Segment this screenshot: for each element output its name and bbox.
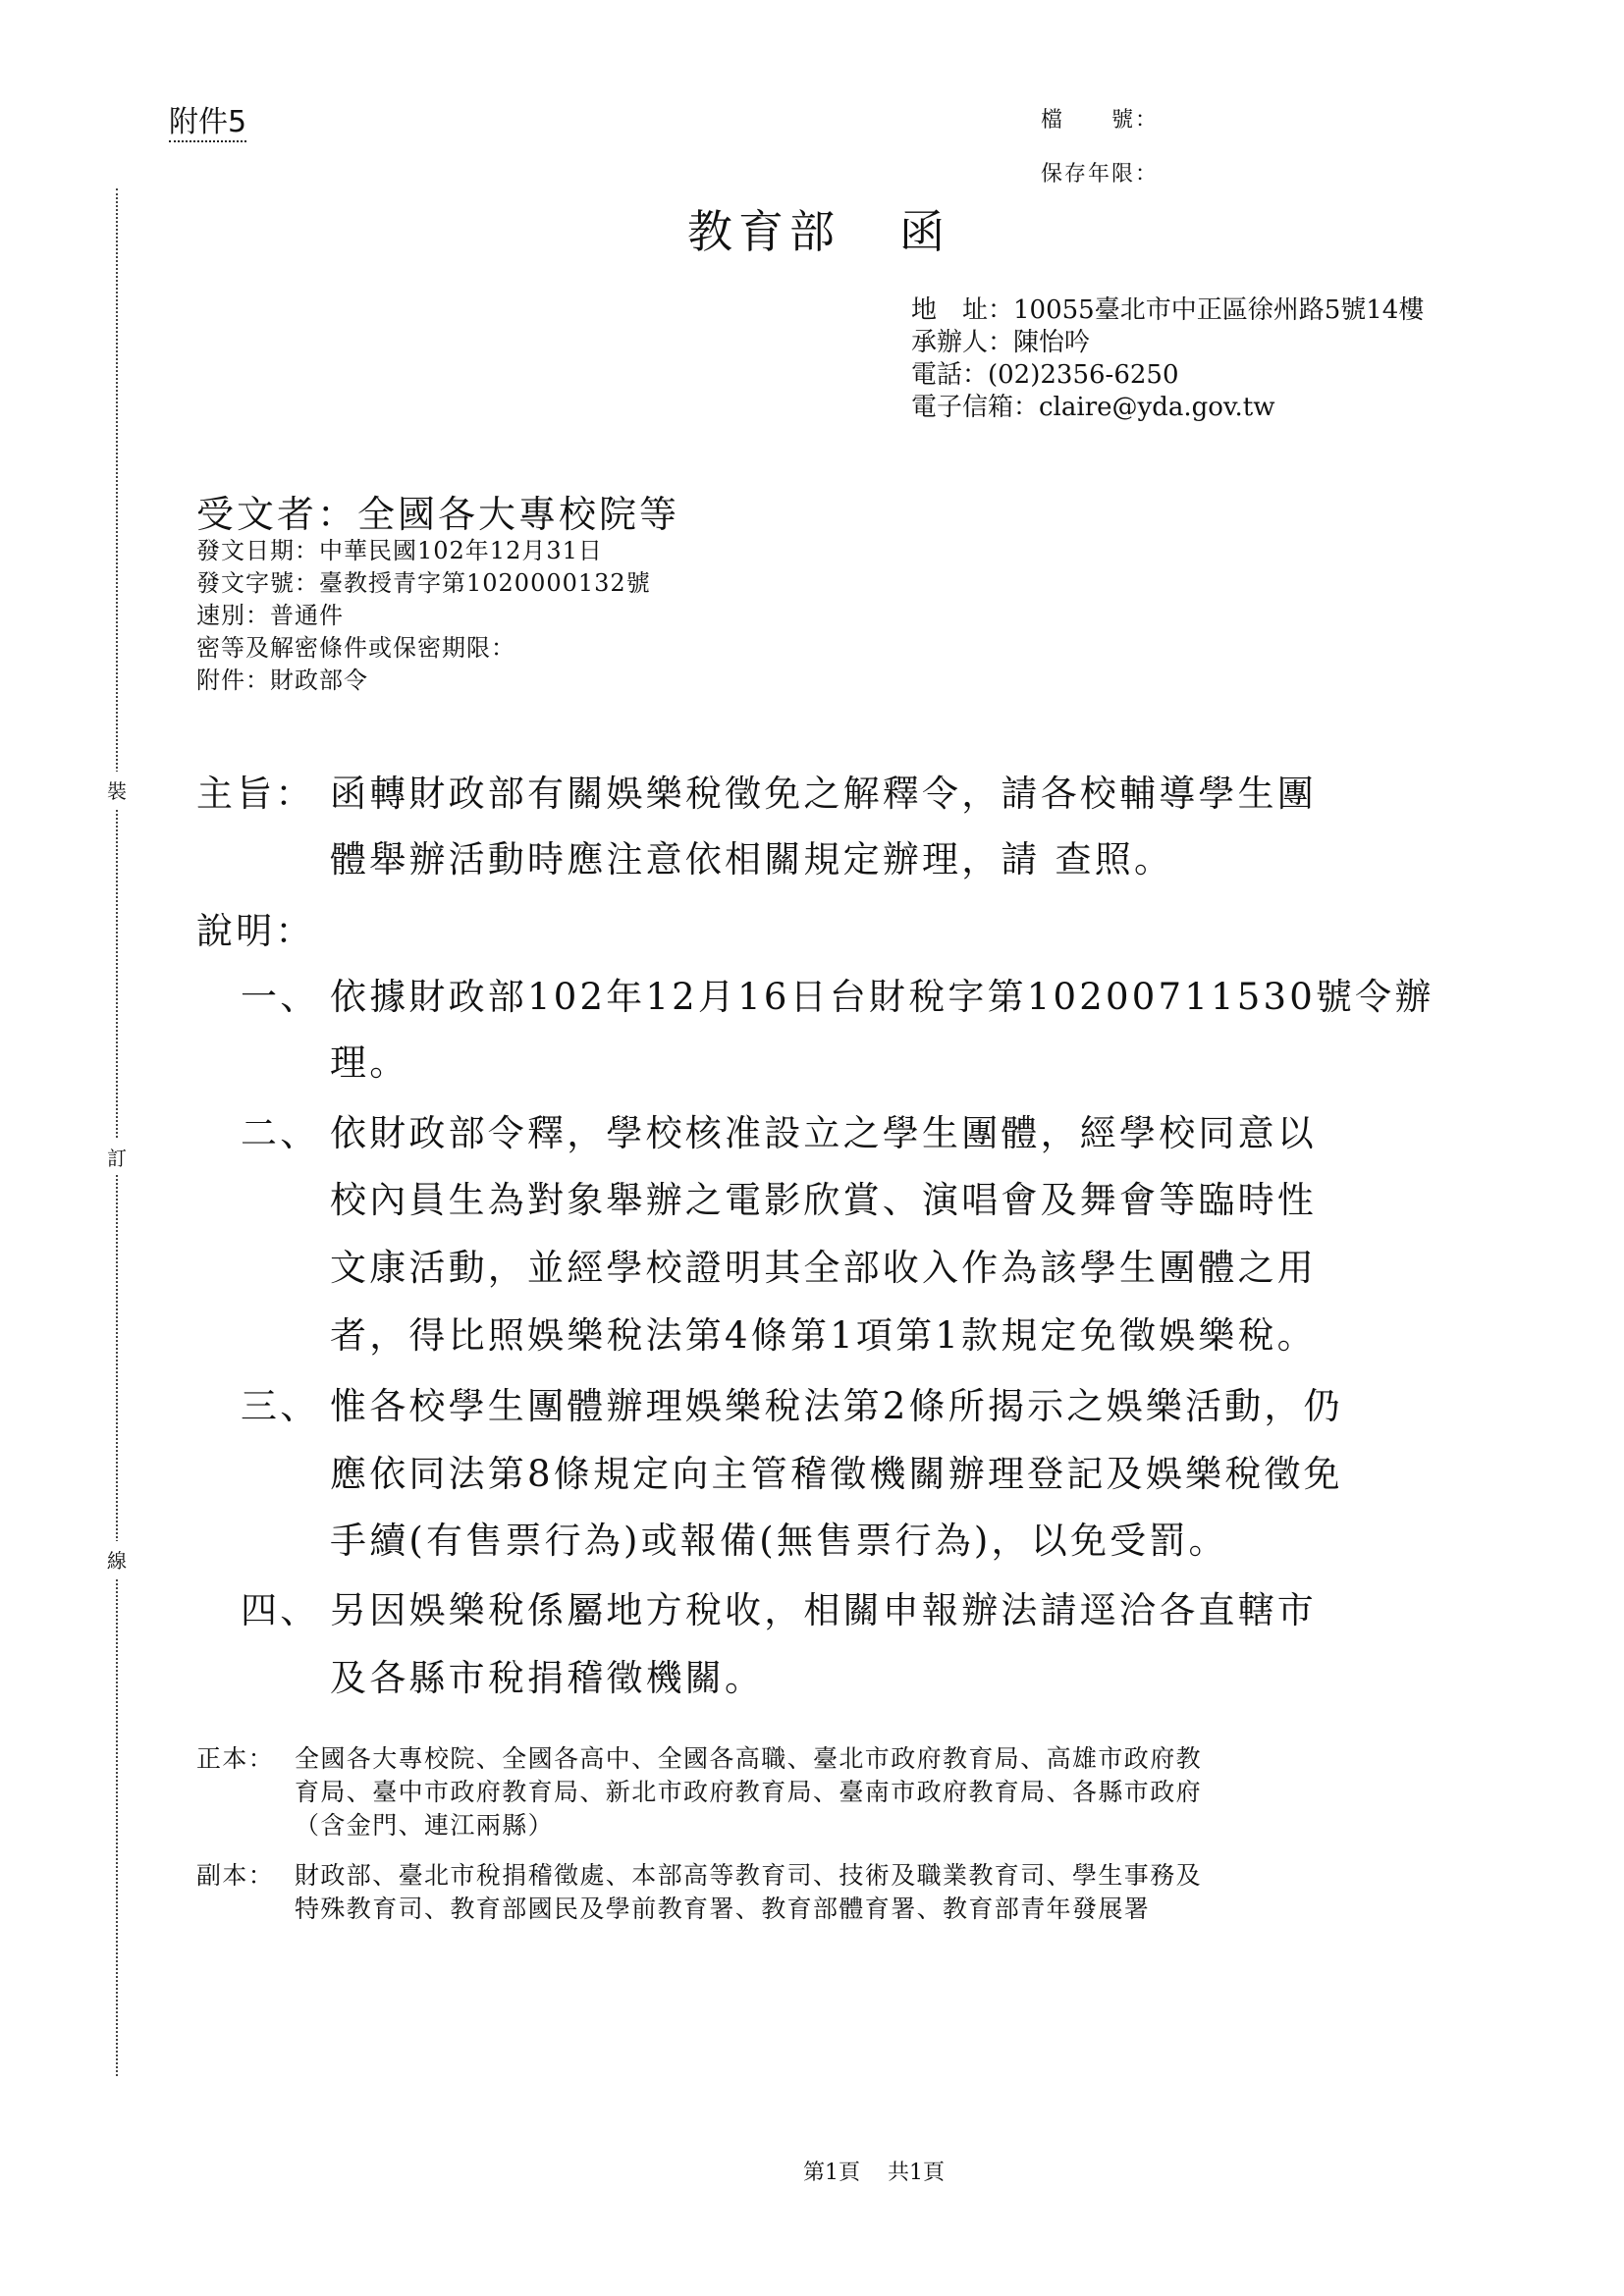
item-line: 校內員生為對象舉辦之電影欣賞、演唱會及舞會等臨時性 — [330, 1170, 1317, 1223]
original-recipients-line: （含金門、連江兩縣） — [295, 1809, 554, 1842]
explanation-label: 說明： — [196, 901, 315, 954]
subject-label: 主旨： — [196, 764, 315, 817]
file-number-label: 檔 號： — [1041, 103, 1159, 133]
page-footer: 第1頁共1頁 — [803, 2156, 945, 2186]
copy-recipients-line: 特殊教育司、教育部國民及學前教育署、教育部體育署、教育部青年發展署 — [295, 1893, 1150, 1926]
email: 電子信箱：claire@yda.gov.tw — [911, 392, 1424, 424]
retention-period-label: 保存年限： — [1041, 157, 1159, 187]
item-number: 四、 — [241, 1580, 319, 1633]
item-line: 應依同法第8條規定向主管稽徵機關辦理登記及娛樂稅徵免 — [330, 1444, 1343, 1497]
phone: 電話：(02)2356-6250 — [911, 359, 1424, 392]
item-number: 三、 — [241, 1376, 319, 1429]
item-line: 理。 — [330, 1033, 408, 1086]
document-info: 發文日期：中華民國102年12月31日 發文字號：臺教授青字第102000013… — [196, 535, 651, 697]
document-number: 發文字號：臺教授青字第1020000132號 — [196, 567, 651, 600]
document-type: 函 — [899, 205, 950, 258]
confidentiality: 密等及解密條件或保密期限： — [196, 632, 651, 665]
attachment-info: 附件：財政部令 — [196, 665, 651, 697]
item-number: 二、 — [241, 1103, 319, 1156]
original-recipients-line: 全國各大專校院、全國各高中、全國各高職、臺北市政府教育局、高雄市政府教 — [295, 1742, 1202, 1776]
document-title: 教育部函 — [687, 196, 950, 261]
item-number: 一、 — [241, 967, 319, 1020]
agency-name: 教育部 — [687, 205, 840, 258]
page-number: 第1頁 — [803, 2161, 860, 2185]
original-recipients-line: 育局、臺中市政府教育局、新北市政府教育局、臺南市政府教育局、各縣市政府 — [295, 1776, 1202, 1809]
handler: 承辦人：陳怡吟 — [911, 327, 1424, 359]
item-line: 者，得比照娛樂稅法第4條第1項第1款規定免徵娛樂稅。 — [330, 1306, 1317, 1359]
copy-recipients-line: 財政部、臺北市稅捐稽徵處、本部高等教育司、技術及職業教育司、學生事務及 — [295, 1859, 1202, 1893]
item-line: 依據財政部102年12月16日台財稅字第10200711530號令辦 — [330, 967, 1435, 1020]
binding-mark-bind: 裝 — [104, 772, 130, 808]
binding-dotted-line — [116, 188, 118, 2076]
subject-line: 函轉財政部有關娛樂稅徵免之解釋令，請各校輔導學生團 — [330, 764, 1317, 817]
item-line: 依財政部令釋，學校核准設立之學生團體，經學校同意以 — [330, 1103, 1317, 1156]
binding-mark-line: 線 — [104, 1541, 130, 1577]
page-total: 共1頁 — [888, 2161, 945, 2185]
subject-line: 體舉辦活動時應注意依相關規定辦理，請 查照。 — [330, 829, 1173, 882]
item-line: 惟各校學生團體辦理娛樂稅法第2條所揭示之娛樂活動，仍 — [330, 1376, 1343, 1429]
issue-date: 發文日期：中華民國102年12月31日 — [196, 535, 651, 567]
copy-recipients-label: 副本： — [196, 1859, 274, 1893]
address: 地 址：10055臺北市中正區徐州路5號14樓 — [911, 294, 1424, 327]
contact-block: 地 址：10055臺北市中正區徐州路5號14樓 承辦人：陳怡吟 電話：(02)2… — [911, 294, 1424, 424]
item-line: 及各縣市稅捐稽徵機關。 — [330, 1648, 764, 1701]
binding-mark-staple: 訂 — [104, 1139, 130, 1175]
item-line: 文康活動，並經學校證明其全部收入作為該學生團體之用 — [330, 1238, 1317, 1291]
recipient: 受文者：全國各大專校院等 — [196, 484, 679, 538]
original-recipients-label: 正本： — [196, 1742, 274, 1776]
delivery-speed: 速別：普通件 — [196, 600, 651, 632]
item-line: 另因娛樂稅係屬地方稅收，相關申報辦法請逕洽各直轄市 — [330, 1580, 1317, 1633]
item-line: 手續(有售票行為)或報備(無售票行為)，以免受罰。 — [330, 1511, 1228, 1564]
attachment-tag: 附件5 — [169, 106, 246, 142]
